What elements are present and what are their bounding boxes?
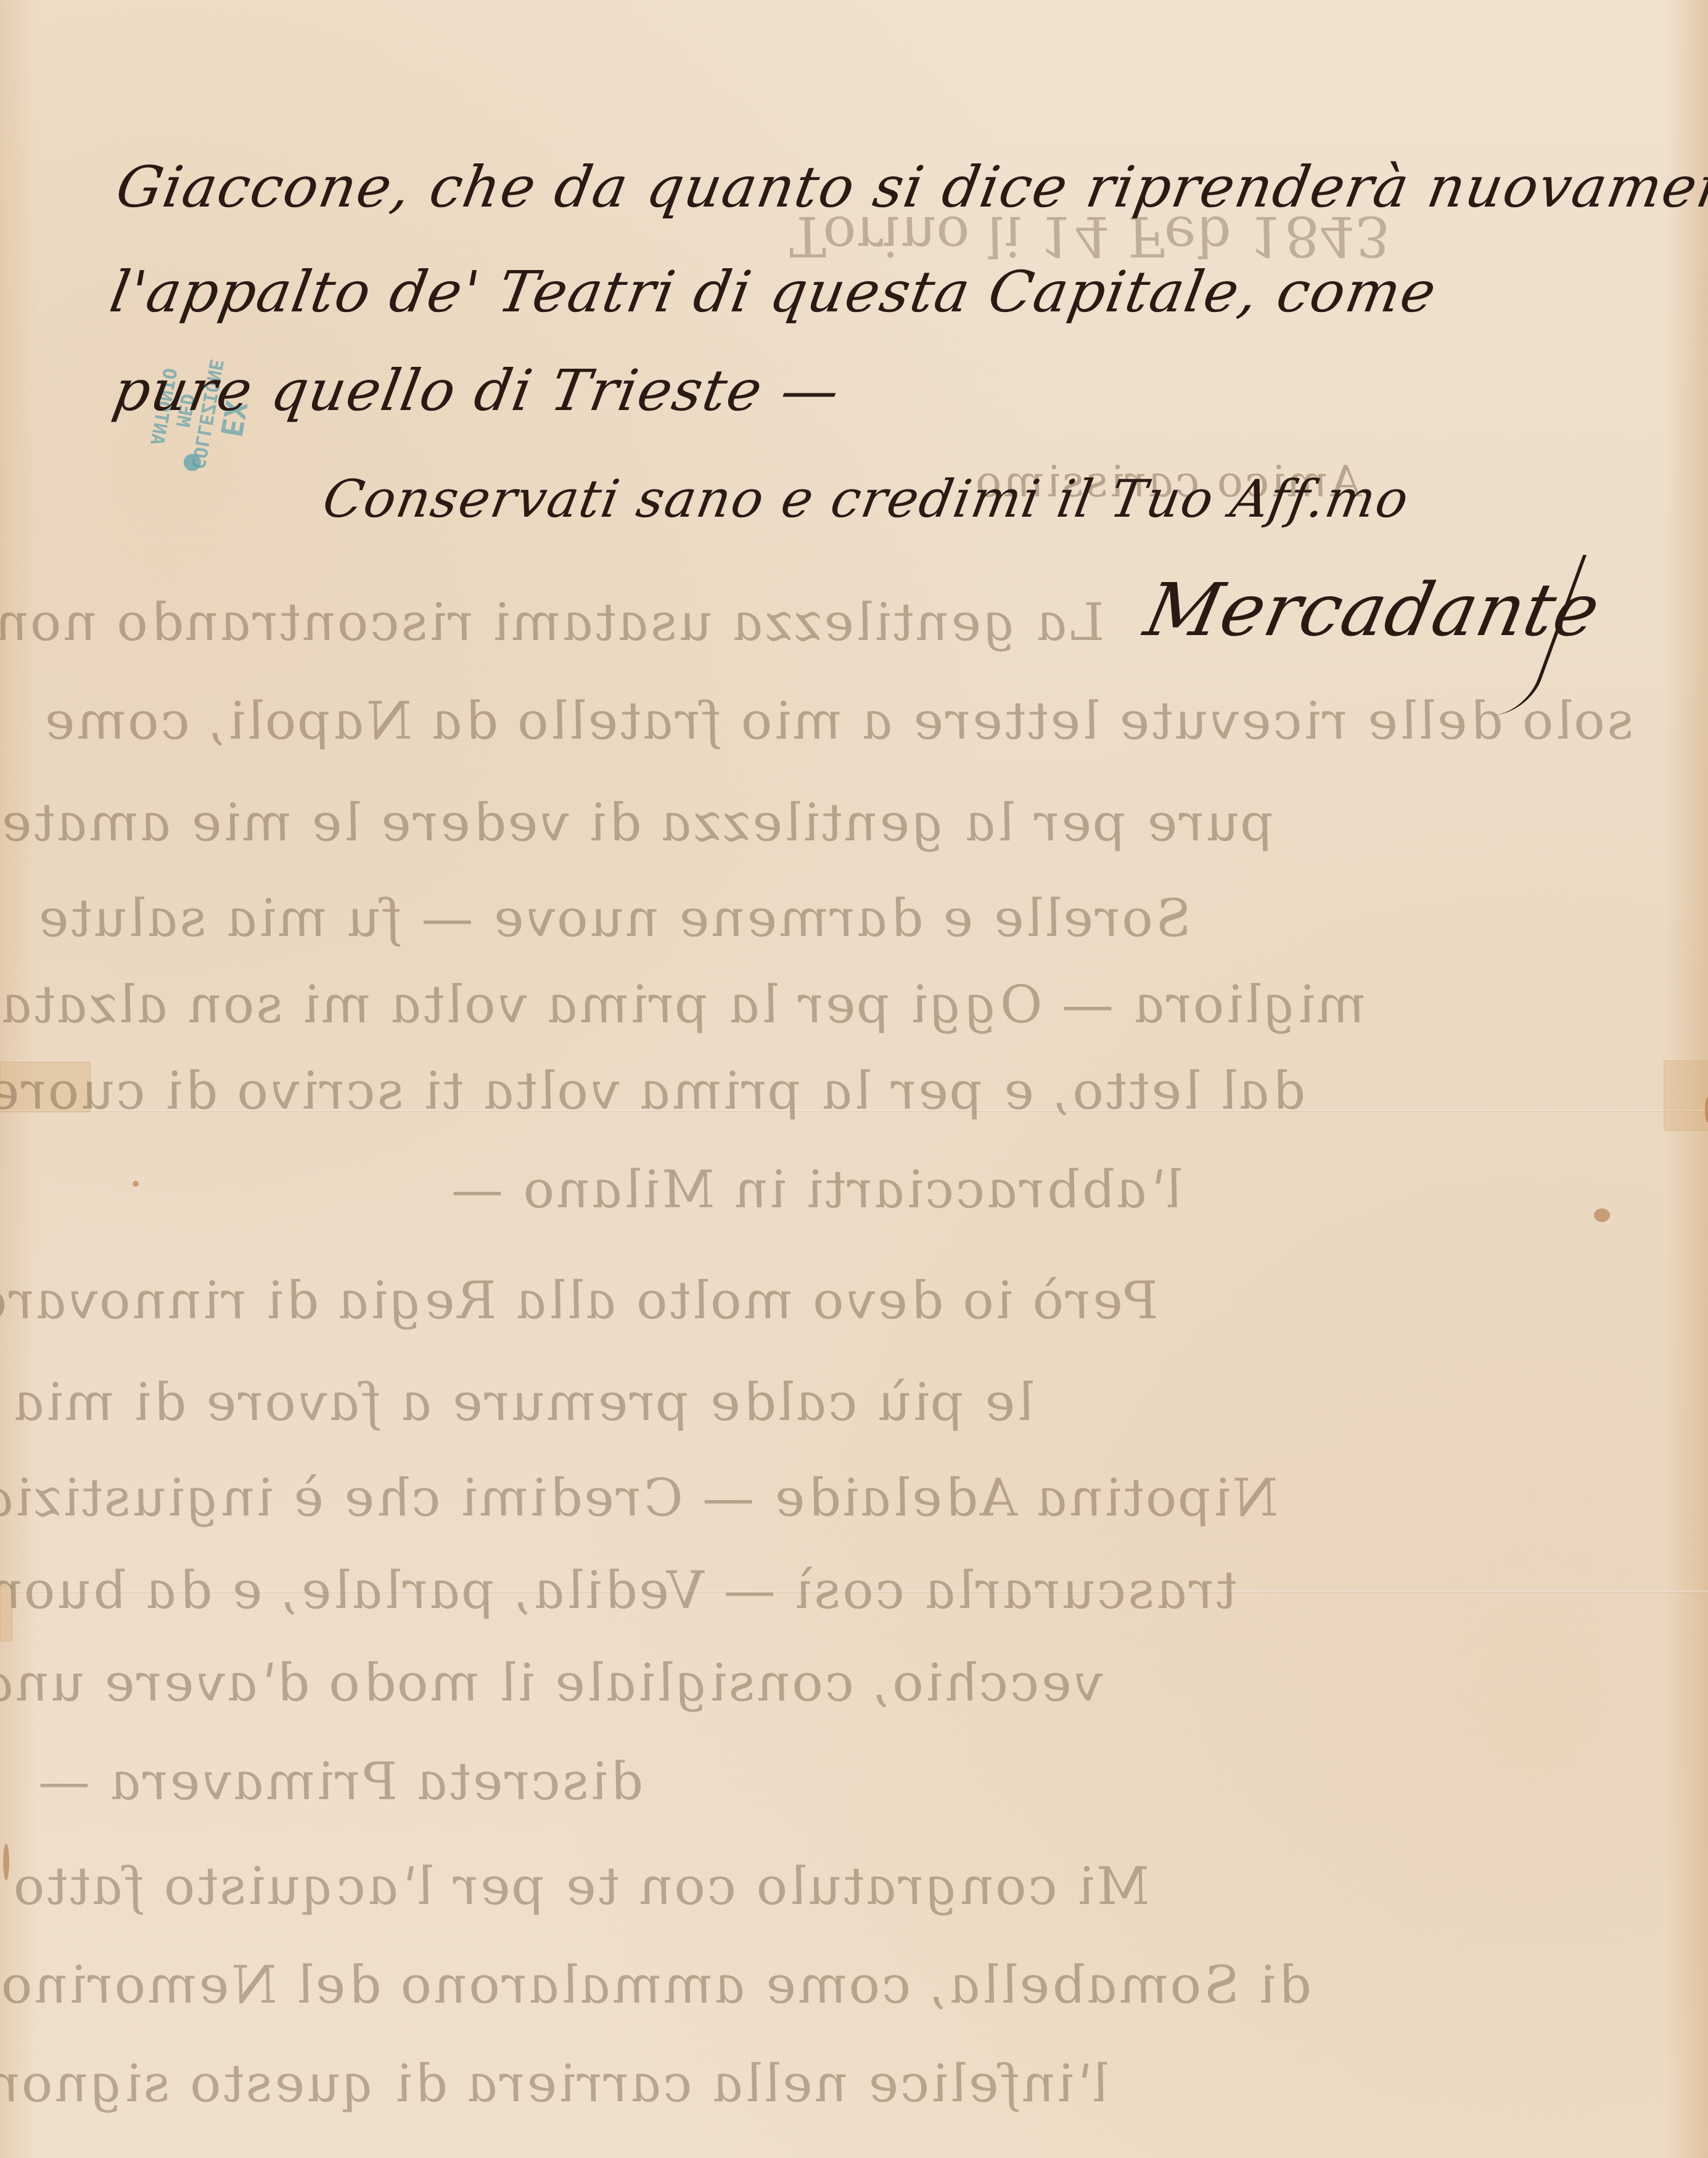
letter-line-1: Giaccone, che da quanto si dice riprende… <box>112 154 1708 220</box>
bleed-line: l'infelice nella carriera di questo sign… <box>0 2053 1114 2114</box>
bleed-line: pure per la gentilezza di vedere le mie … <box>0 792 1280 853</box>
letter-page: Torino li 14 Feb 1843 Amico carissimo La… <box>0 0 1708 2158</box>
tape-mark-right <box>1664 1061 1708 1131</box>
bleed-line: Nipotina Adelaide — Credimi che è ingius… <box>0 1467 1283 1528</box>
bleed-line: di Somabella, come ammalarono del Nemori… <box>0 1955 1316 2015</box>
foxing-speck <box>3 1844 9 1881</box>
letter-line-3: pure quello di Trieste — <box>109 358 845 424</box>
closing-line: Conservati sano e credimi il Tuo Aff.mo <box>318 469 1414 529</box>
bleed-line: migliora — Oggi per la prima volta mi so… <box>0 974 1371 1035</box>
bleed-line: discreta Primavera — <box>31 1751 648 1811</box>
bleed-line: trascurarla così — Vedila, parlale, e da… <box>0 1560 1242 1620</box>
letter-line-2: l'appalto de' Teatri di questa Capitale,… <box>105 259 1442 325</box>
bleed-line: Però io devo molto alla Regia di rinnova… <box>0 1270 1163 1331</box>
bleed-line: le più calde premure a favore di mia <box>7 1372 1040 1432</box>
bleed-line: Mi congratulo con te per l'acquisto fatt… <box>7 1856 1155 1916</box>
bleed-line: La gentilezza usatami riscontrando non <box>0 592 1109 652</box>
bleed-line: dal letto, e per la prima volta ti scriv… <box>0 1061 1310 1121</box>
bleed-line: vecchio, consigliale il modo d'avere una <box>0 1652 1109 1713</box>
foxing-speck <box>1594 1208 1610 1222</box>
bleed-line: Sorelle e darmene nuove — fu mia salute <box>31 888 1196 948</box>
bleed-line: l'abbracciarti in Milano — <box>445 1159 1187 1220</box>
foxing-speck <box>133 1181 139 1187</box>
foxing-speck <box>1705 1097 1708 1122</box>
